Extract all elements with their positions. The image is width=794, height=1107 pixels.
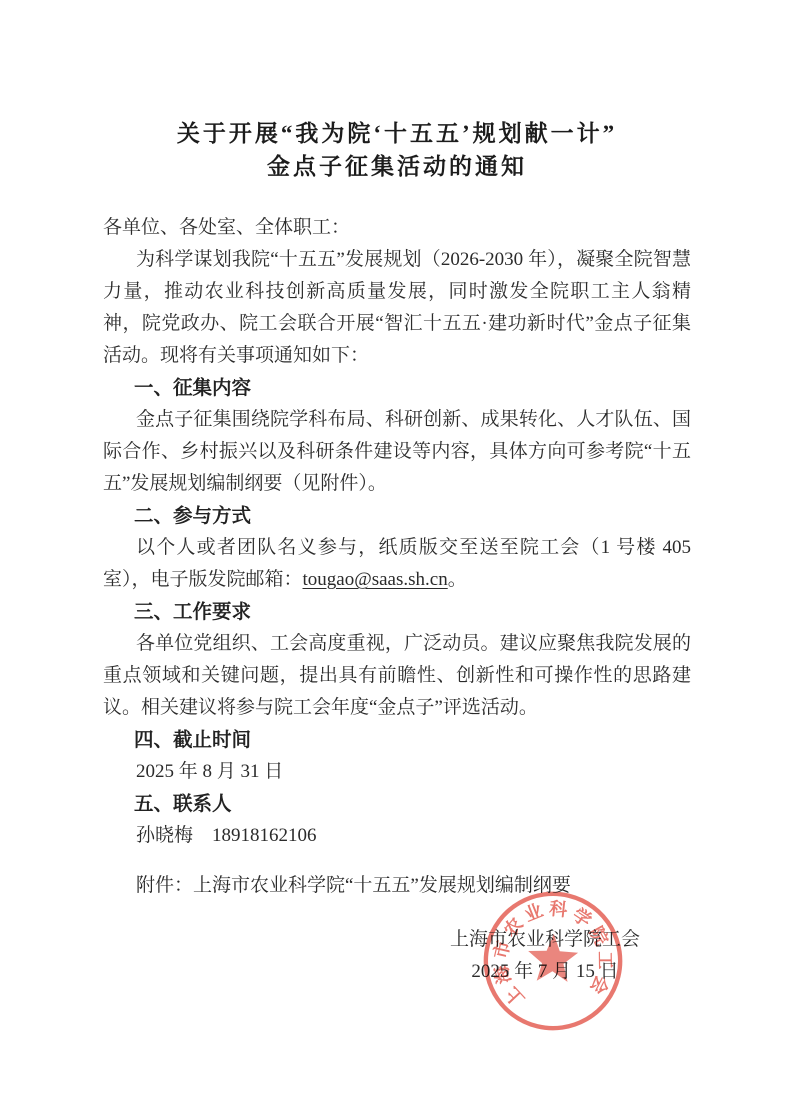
doc-title-line2: 金点子征集活动的通知	[103, 150, 691, 183]
svg-text:科: 科	[548, 897, 569, 920]
section-3-body: 各单位党组织、工会高度重视，广泛动员。建议应聚焦我院发展的重点领域和关键问题，提…	[103, 628, 691, 724]
section-5-heading: 五、联系人	[103, 788, 691, 820]
section-1-heading: 一、征集内容	[103, 372, 691, 404]
document-content: 关于开展“我为院‘十五五’规划献一计” 金点子征集活动的通知 各单位、各处室、全…	[103, 0, 691, 988]
doc-title-line1: 关于开展“我为院‘十五五’规划献一计”	[103, 117, 691, 150]
document-page: 关于开展“我为院‘十五五’规划献一计” 金点子征集活动的通知 各单位、各处室、全…	[0, 0, 794, 1107]
section-4-heading: 四、截止时间	[103, 724, 691, 756]
section-2-heading: 二、参与方式	[103, 500, 691, 532]
section-3-heading: 三、工作要求	[103, 596, 691, 628]
salutation: 各单位、各处室、全体职工：	[103, 212, 691, 244]
svg-text:工: 工	[595, 951, 615, 969]
svg-text:业: 业	[522, 900, 546, 925]
official-seal: 上海市农业科学院工会	[471, 879, 636, 1044]
email-link[interactable]: tougao@saas.sh.cn	[303, 569, 448, 590]
section-5-body: 孙晓梅 18918162106	[103, 820, 691, 852]
section-4-body: 2025 年 8 月 31 日	[103, 756, 691, 788]
doc-title: 关于开展“我为院‘十五五’规划献一计” 金点子征集活动的通知	[103, 117, 691, 183]
svg-text:海: 海	[489, 962, 514, 986]
section-2-body-text-after: 。	[448, 569, 467, 590]
intro-paragraph: 为科学谋划我院“十五五”发展规划（2026-2030 年），凝聚全院智慧力量，推…	[103, 244, 691, 372]
section-1-body: 金点子征集围绕院学科布局、科研创新、成果转化、人才队伍、国际合作、乡村振兴以及科…	[103, 404, 691, 500]
svg-text:市: 市	[489, 938, 513, 960]
seal-star-icon	[526, 931, 582, 987]
section-2-body: 以个人或者团队名义参与，纸质版交至送至院工会（1 号楼 405 室），电子版发院…	[103, 532, 691, 596]
